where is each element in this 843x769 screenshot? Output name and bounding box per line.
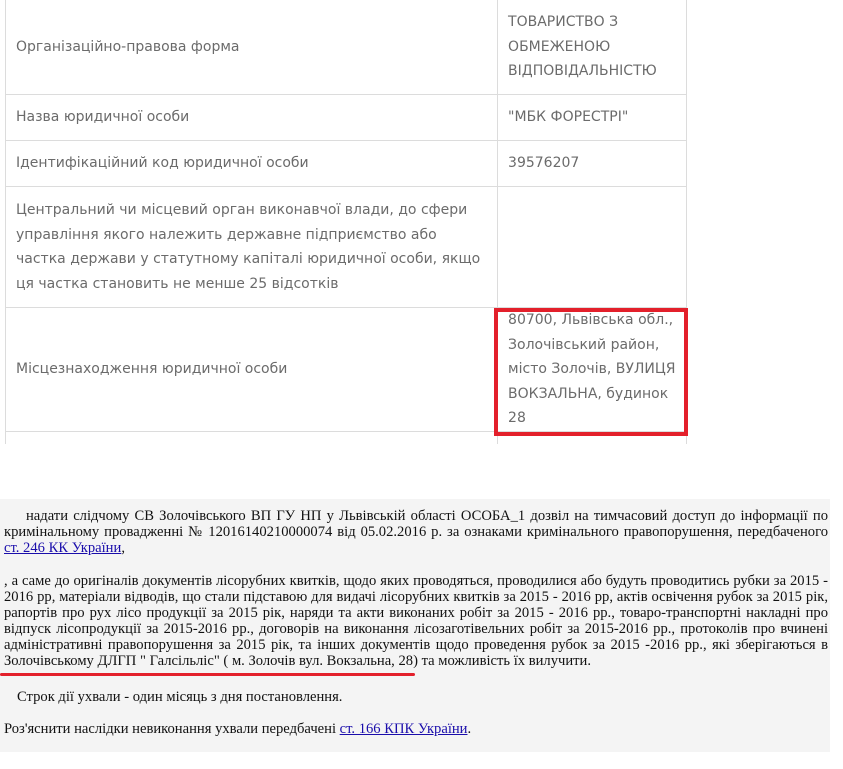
paragraph-text: Роз'яснити наслідки невиконання ухвали п… [4, 721, 340, 737]
row-value: "МБК ФОРЕСТРІ" [498, 95, 687, 141]
ruling-paragraph-documents: , а саме до оригіналів документів лісору… [4, 573, 828, 669]
table-row: Назва юридичної особи "МБК ФОРЕСТРІ" [6, 95, 687, 141]
paragraph-tail: та можливість їх вилучити. [418, 653, 591, 669]
article-166-link[interactable]: ст. 166 КПК України [340, 721, 468, 737]
table-row: Місцезнаходження юридичної особи 80700, … [6, 308, 687, 432]
table-row: Організаційно-правова форма ТОВАРИСТВО З… [6, 0, 687, 95]
row-label: Ідентифікаційний код юридичної особи [6, 141, 498, 187]
article-246-link[interactable]: ст. 246 КК України [4, 540, 121, 556]
paragraph-tail: , [121, 540, 125, 556]
table-row: Ідентифікаційний код юридичної особи 395… [6, 141, 687, 187]
ruling-paragraph-term: Строк дії ухвали - один місяць з дня пос… [4, 689, 828, 705]
table-row-partial [6, 431, 687, 444]
row-label: Назва юридичної особи [6, 95, 498, 141]
highlighted-location: Золочівському ДЛГП " Галсільліс" ( м. Зо… [4, 653, 418, 669]
row-value: 39576207 [498, 141, 687, 187]
row-value [498, 187, 687, 308]
address-value: 80700, Львівська обл., Золочівський райо… [498, 308, 687, 432]
paragraph-text: надати слідчому СВ Золочівського ВП ГУ Н… [4, 508, 828, 540]
row-label: Організаційно-правова форма [6, 0, 498, 95]
ruling-paragraph-access: надати слідчому СВ Золочівського ВП ГУ Н… [4, 508, 828, 556]
row-value [498, 431, 687, 444]
row-label: Місцезнаходження юридичної особи [6, 308, 498, 432]
table-row: Центральний чи місцевий орган виконавчої… [6, 187, 687, 308]
registry-table: Організаційно-правова форма ТОВАРИСТВО З… [5, 0, 687, 444]
ruling-paragraph-consequences: Роз'яснити наслідки невиконання ухвали п… [4, 721, 828, 737]
court-ruling-excerpt: надати слідчому СВ Золочівського ВП ГУ Н… [0, 499, 830, 752]
row-label [6, 431, 498, 444]
paragraph-tail: . [468, 721, 472, 737]
paragraph-text: , а саме до оригіналів документів лісору… [4, 573, 828, 653]
row-value: ТОВАРИСТВО З ОБМЕЖЕНОЮ ВІДПОВІДАЛЬНІСТЮ [498, 0, 687, 95]
location-underline-mark [0, 673, 415, 676]
row-label: Центральний чи місцевий орган виконавчої… [6, 187, 498, 308]
